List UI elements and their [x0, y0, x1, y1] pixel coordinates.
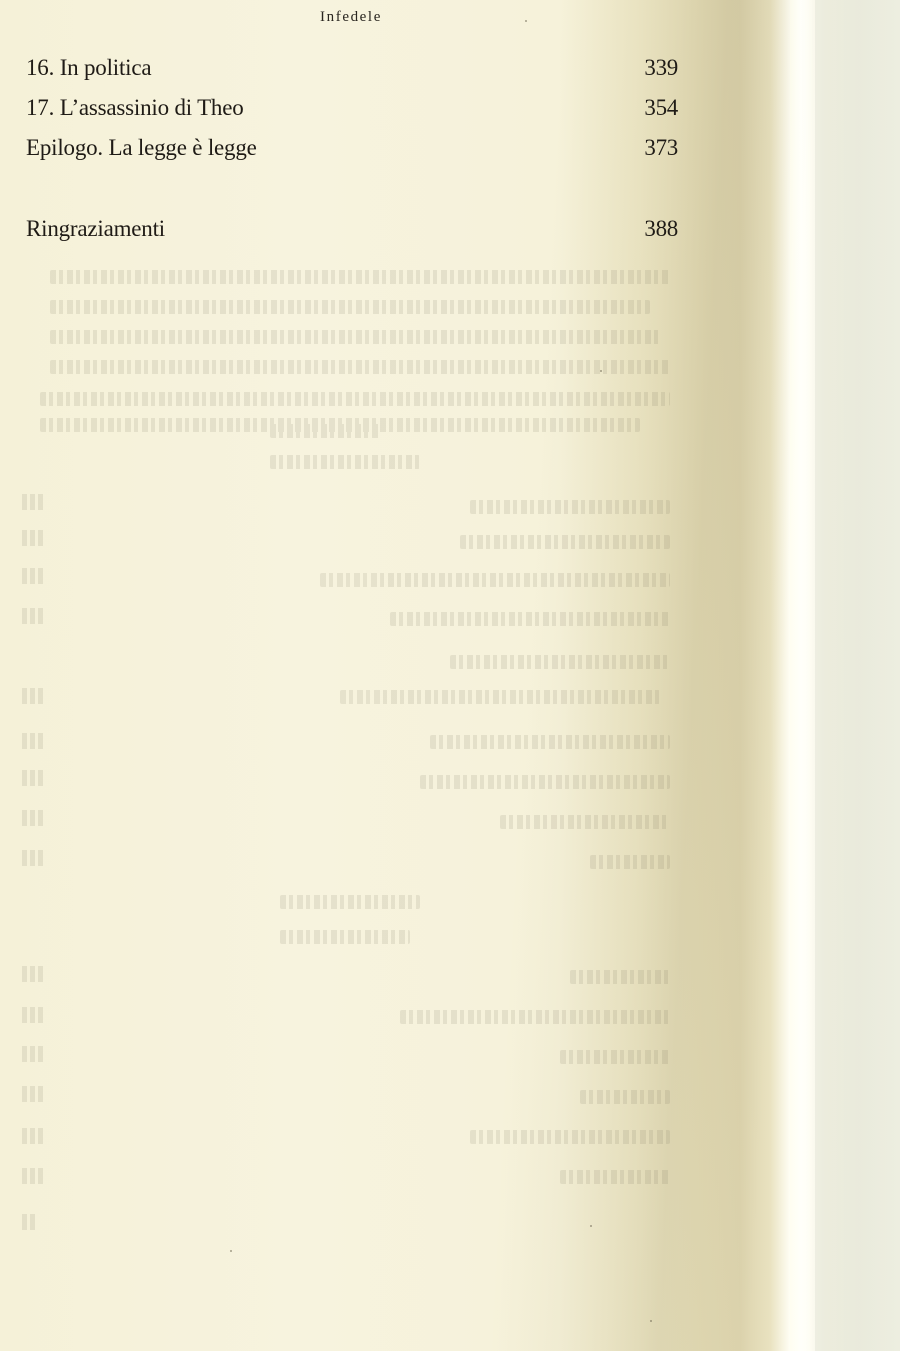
- toc-entry-title: Epilogo. La legge è legge: [26, 128, 257, 168]
- toc-entry: Ringraziamenti 388: [26, 209, 678, 249]
- toc-entry-page: 373: [644, 128, 678, 168]
- toc-entry-title: 17. L’assassinio di Theo: [26, 88, 244, 128]
- paper-speck: [230, 1250, 232, 1252]
- toc-entry-page: 354: [644, 88, 678, 128]
- paper-speck: [600, 370, 602, 372]
- table-of-contents: 16. In politica 339 17. L’assassinio di …: [26, 48, 678, 249]
- toc-entry-page: 339: [644, 48, 678, 88]
- toc-entry: 16. In politica 339: [26, 48, 678, 88]
- toc-entry: 17. L’assassinio di Theo 354: [26, 88, 678, 128]
- toc-entry-title: 16. In politica: [26, 48, 151, 88]
- paper-speck: [650, 1320, 652, 1322]
- paper-speck: [590, 1225, 592, 1227]
- toc-entry-title: Ringraziamenti: [26, 209, 165, 249]
- toc-entry-page: 388: [644, 209, 678, 249]
- running-head: Infedele: [0, 9, 702, 26]
- toc-entry: Epilogo. La legge è legge 373: [26, 128, 678, 168]
